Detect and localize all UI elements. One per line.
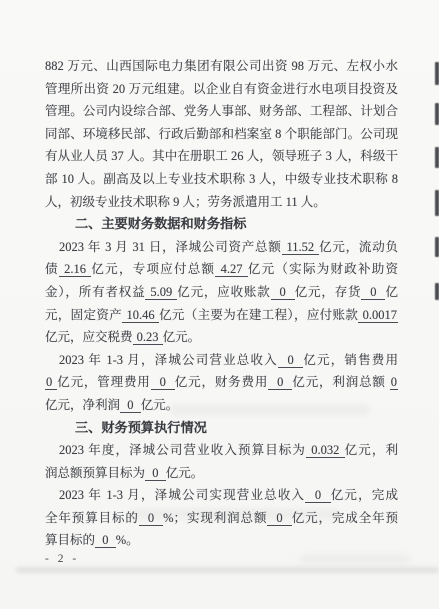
text-segment: 亿元（实际为财政补助资 bbox=[248, 262, 398, 276]
text-line-2: 管理所出资 20 万元组建。以企业自有资金进行水电项目投资及 bbox=[45, 78, 398, 101]
underlined-value: 0 bbox=[151, 375, 175, 390]
scan-smudge bbox=[130, 509, 340, 519]
text-segment: 亿元，流动负 bbox=[319, 240, 398, 254]
text-segment: 亿元，应交税费 bbox=[45, 330, 133, 344]
underlined-value: 11.52 bbox=[282, 240, 319, 255]
text-line-14: 2023 年 1-3 月，泽城公司营业总收入 0 亿元，销售费用 bbox=[45, 349, 398, 372]
underlined-value: 10.46 bbox=[122, 308, 159, 323]
text-segment: 2023 年 1-3 月，泽城公司营业总收入 bbox=[59, 353, 278, 367]
scan-edge-mark bbox=[435, 62, 439, 85]
text-line-5: 有从业人员 37 人。其中在册职工 26 人，领导班子 3 人，科级干 bbox=[45, 145, 398, 168]
text-line-9: 2023 年 3 月 31 日，泽城公司资产总额 11.52 亿元，流动负 bbox=[45, 236, 398, 259]
underlined-value: 5.09 bbox=[145, 285, 177, 300]
underlined-value: 0 bbox=[305, 488, 331, 503]
scan-edge-mark bbox=[435, 190, 439, 216]
text-line-6: 部 10 人。副高及以上专业技术职称 3 人，中级专业技术职称 8 bbox=[45, 168, 398, 191]
underlined-value: 0.0017 bbox=[358, 308, 398, 323]
text-segment: 部 10 人。副高及以上专业技术职称 3 人，中级专业技术职称 8 bbox=[45, 172, 398, 186]
text-line-10: 债 2.16 亿元，专项应付总额 4.27 亿元（实际为财政补助资 bbox=[45, 258, 398, 281]
text-line-7: 人，初级专业技术职称 9 人；劳务派遣用工 11 人。 bbox=[45, 191, 398, 214]
document-body: 882 万元、山西国际电力集团有限公司出资 98 万元、左权小水电管理所出资 2… bbox=[45, 55, 398, 552]
text-segment: 亿元，财务费用 bbox=[175, 375, 268, 389]
underlined-value: 0 bbox=[361, 285, 385, 300]
text-segment: %。 bbox=[116, 533, 139, 547]
text-segment: 亿元，管理费用 bbox=[57, 375, 150, 389]
text-line-12: 元，固定资产 10.46 亿元（主要为在建工程），应付账款 0.0017 bbox=[45, 304, 398, 327]
text-segment: 人，初级专业技术职称 9 人；劳务派遣用工 11 人。 bbox=[45, 195, 326, 209]
underlined-value: 0 bbox=[278, 353, 304, 368]
text-segment: 2023 年 3 月 31 日，泽城公司资产总额 bbox=[59, 240, 282, 254]
underlined-value: 0 bbox=[145, 466, 166, 481]
text-segment: 算目标的 bbox=[45, 533, 95, 547]
text-segment: 亿元。 bbox=[163, 330, 201, 344]
text-segment: 亿元，净利润 bbox=[45, 398, 120, 412]
scan-smudge bbox=[300, 555, 410, 563]
text-segment: 亿元。 bbox=[166, 466, 204, 480]
scan-edge-mark bbox=[435, 237, 439, 257]
text-segment: 亿元，专项应付总额 bbox=[91, 262, 215, 276]
text-line-15: 0 亿元，管理费用 0 亿元，财务费用 0 亿元，利润总额 0 bbox=[45, 371, 398, 394]
text-line-3: 管理。公司内设综合部、党务人事部、财务部、工程部、计划合 bbox=[45, 100, 398, 123]
text-line-1: 882 万元、山西国际电力集团有限公司出资 98 万元、左权小水电 bbox=[45, 55, 398, 78]
scan-smudge bbox=[170, 404, 370, 416]
underlined-value: 0 bbox=[268, 375, 292, 390]
text-segment: 元，固定资产 bbox=[45, 308, 122, 322]
text-segment: 亿元，完成 bbox=[331, 488, 398, 502]
underlined-value: 0 bbox=[390, 375, 398, 390]
text-segment: 管理所出资 20 万元组建。以企业自有资金进行水电项目投资及 bbox=[45, 82, 398, 96]
text-segment: 有从业人员 37 人。其中在册职工 26 人，领导班子 3 人，科级干 bbox=[45, 149, 398, 163]
text-line-11: 金），所有者权益 5.09 亿元，应收账款 0 亿元，存货 0 亿 bbox=[45, 281, 398, 304]
text-segment: 882 万元、山西国际电力集团有限公司出资 98 万元、左权小水电 bbox=[45, 59, 398, 78]
text-segment: 债 bbox=[45, 262, 59, 276]
text-segment: 亿元，存货 bbox=[295, 285, 362, 299]
text-line-18: 2023 年度，泽城公司营业收入预算目标为 0.032 亿元，利 bbox=[45, 439, 398, 462]
text-segment: 2023 年度，泽城公司营业收入预算目标为 bbox=[59, 443, 306, 457]
scan-streak bbox=[16, 567, 439, 573]
underlined-value: 0 bbox=[45, 375, 57, 390]
scanned-page: { "page": { "language": "zh-CN", "kind":… bbox=[0, 0, 439, 609]
text-segment: 同部、环境移民部、行政后勤部和档案室 8 个职能部门。公司现 bbox=[45, 127, 398, 141]
text-segment: 2023 年 1-3 月，泽城公司实现营业总收入 bbox=[59, 488, 305, 502]
text-segment: 亿元，利 bbox=[345, 443, 398, 457]
text-segment: 亿元，利润总额 bbox=[292, 375, 389, 389]
underlined-value: 0.23 bbox=[133, 330, 163, 345]
scan-edge-mark bbox=[435, 147, 439, 168]
text-segment: 亿元（主要为在建工程），应付账款 bbox=[159, 308, 358, 322]
text-line-4: 同部、环境移民部、行政后勤部和档案室 8 个职能部门。公司现 bbox=[45, 123, 398, 146]
text-segment: 管理。公司内设综合部、党务人事部、财务部、工程部、计划合 bbox=[45, 104, 398, 118]
text-line-22: 算目标的 0 %。 bbox=[45, 529, 398, 552]
text-line-19: 润总额预算目标为 0 亿元。 bbox=[45, 462, 398, 485]
text-segment: 润总额预算目标为 bbox=[45, 466, 145, 480]
section-heading: 二、主要财务数据和财务指标 bbox=[45, 213, 398, 236]
text-segment: 全年预算目标的 bbox=[45, 511, 139, 525]
text-segment: 金），所有者权益 bbox=[45, 285, 145, 299]
text-line-20: 2023 年 1-3 月，泽城公司实现营业总收入 0 亿元，完成 bbox=[45, 484, 398, 507]
section-heading: 三、财务预算执行情况 bbox=[45, 417, 398, 440]
text-line-13: 亿元，应交税费 0.23 亿元。 bbox=[45, 326, 398, 349]
text-segment: 二、主要财务数据和财务指标 bbox=[75, 216, 246, 231]
text-segment: 三、财务预算执行情况 bbox=[75, 420, 207, 435]
underlined-value: 0 bbox=[120, 398, 141, 413]
scan-edge-mark bbox=[435, 103, 439, 125]
text-segment: 亿元，应收账款 bbox=[177, 285, 270, 299]
underlined-value: 4.27 bbox=[215, 262, 248, 277]
text-segment: 亿 bbox=[385, 285, 398, 299]
underlined-value: 2.16 bbox=[59, 262, 92, 277]
text-segment: 亿元，销售费用 bbox=[303, 353, 398, 367]
scan-edge-mark bbox=[435, 283, 439, 300]
underlined-value: 0 bbox=[95, 533, 116, 548]
underlined-value: 0.032 bbox=[306, 443, 345, 458]
underlined-value: 0 bbox=[271, 285, 295, 300]
